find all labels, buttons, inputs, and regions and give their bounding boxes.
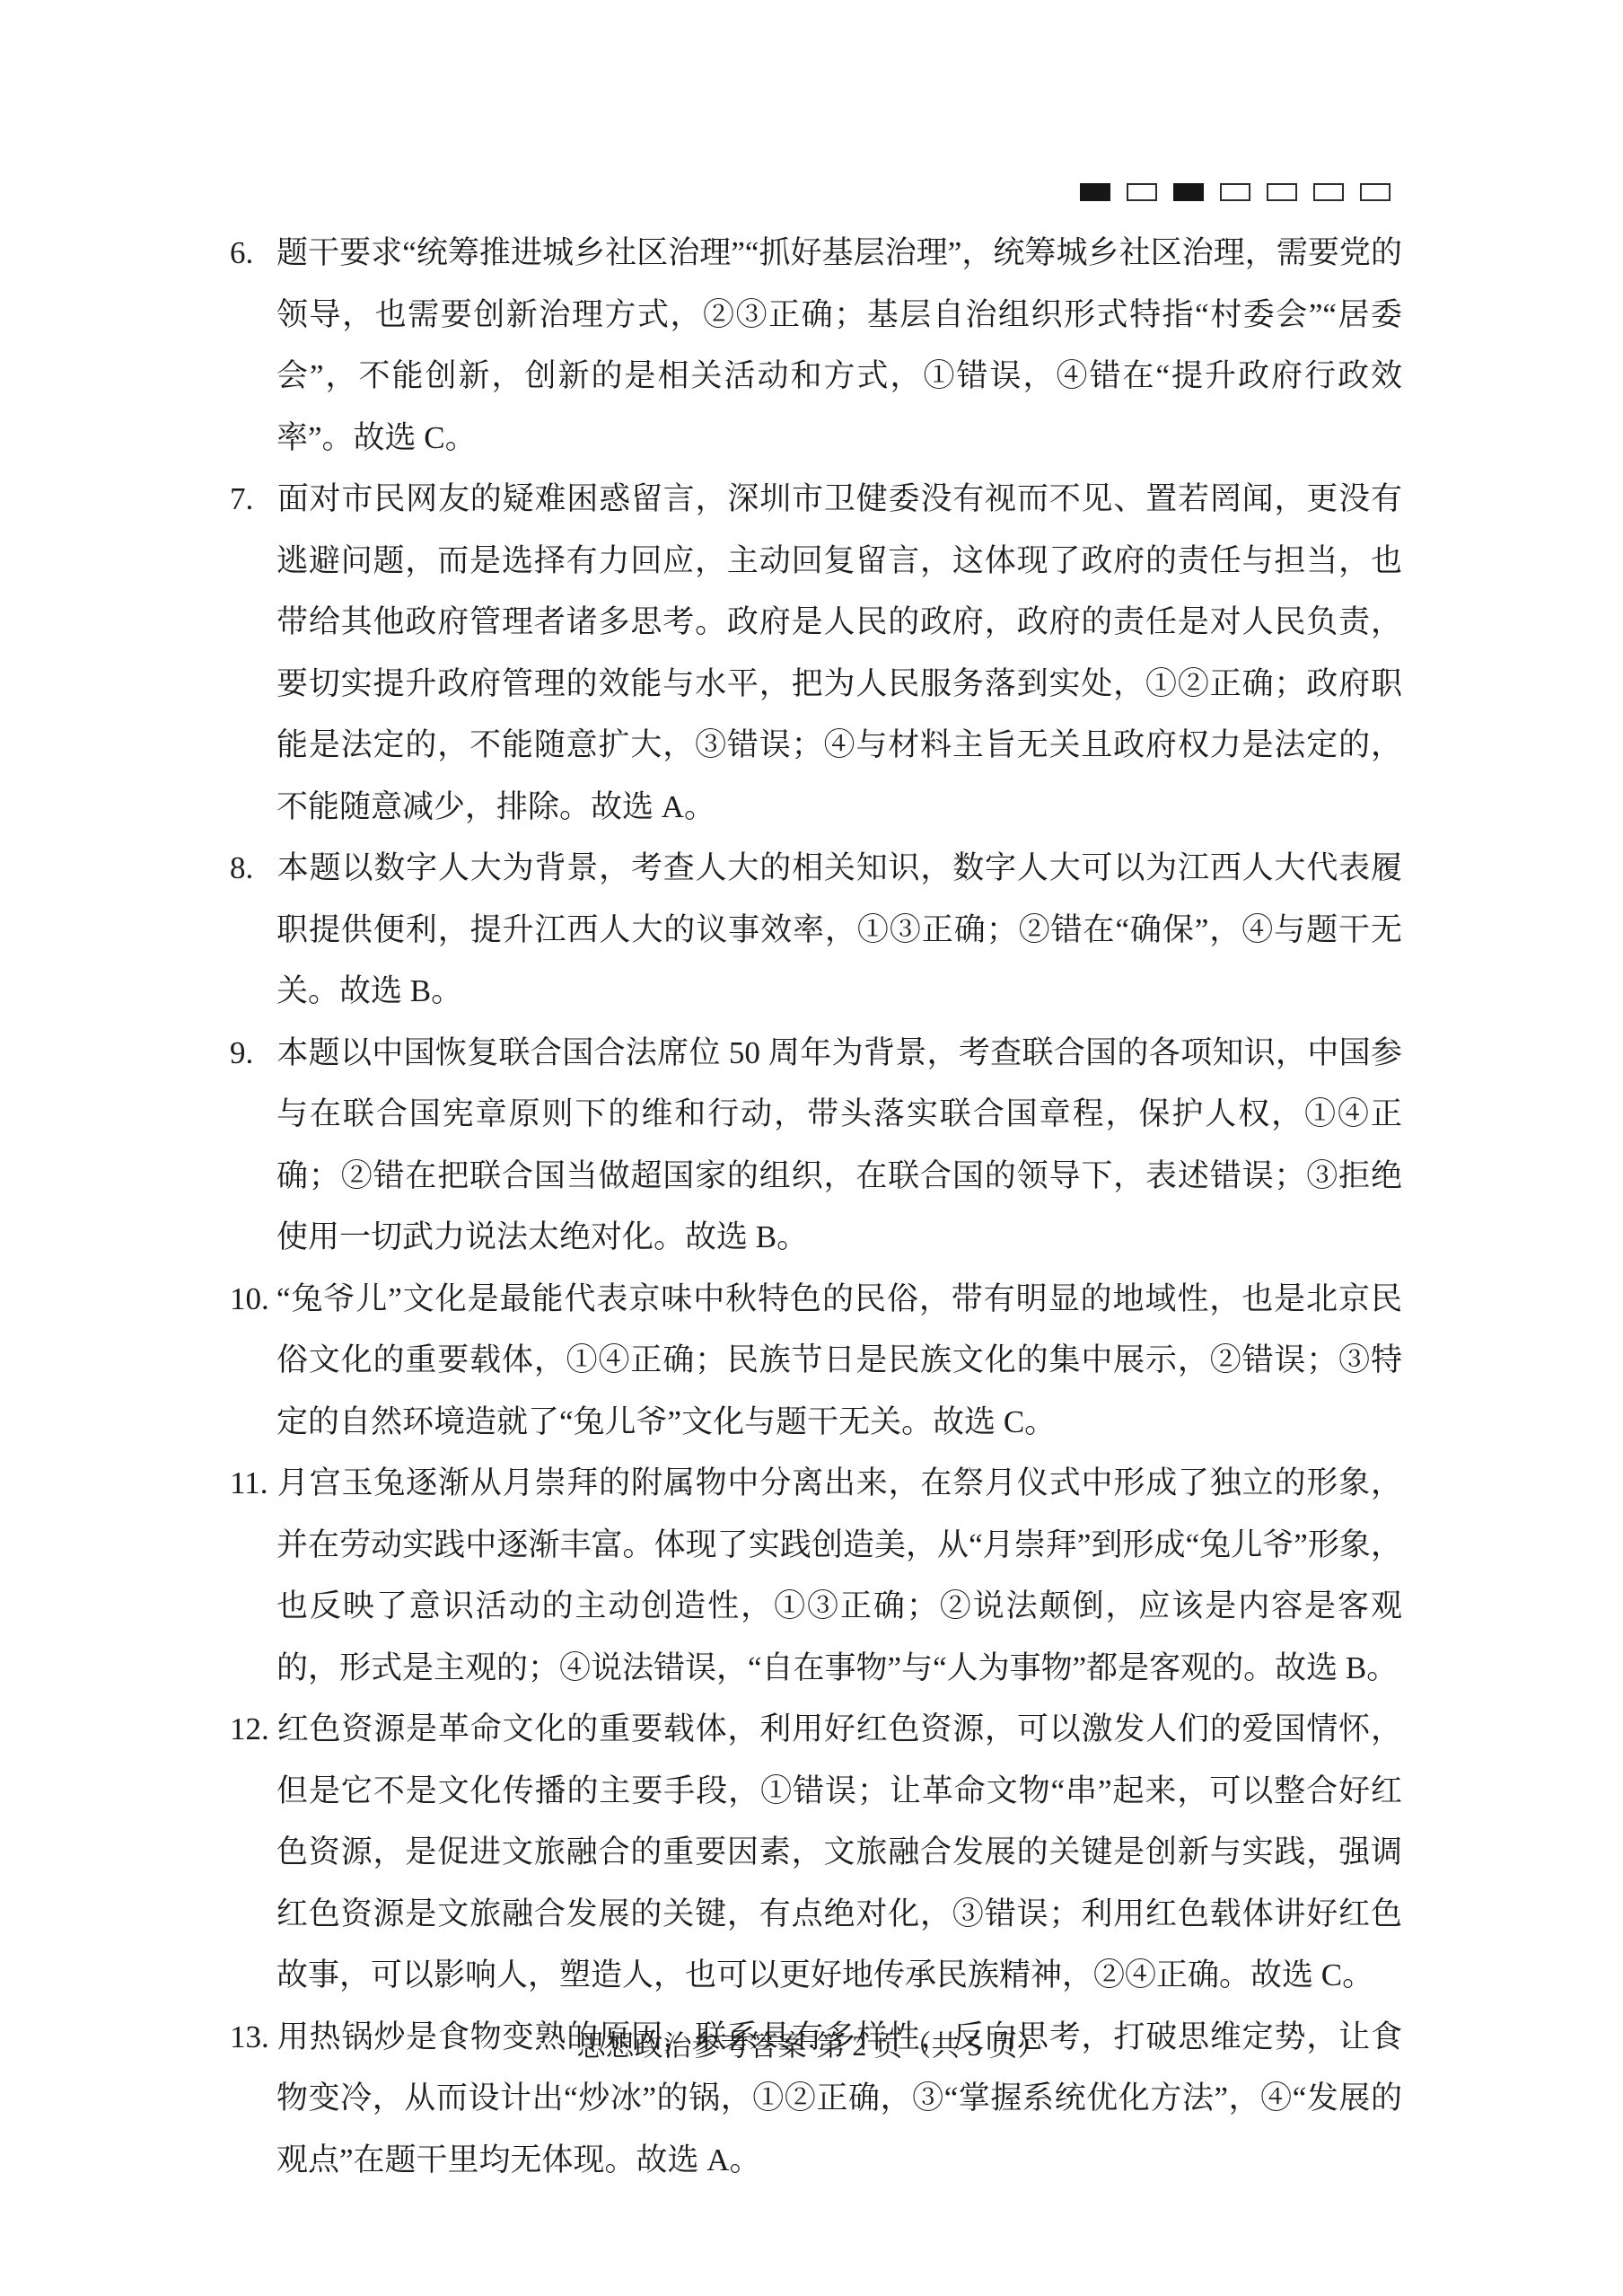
answer-item: 10.“兔爷儿”文化是最能代表京味中秋特色的民俗，带有明显的地域性，也是北京民俗… <box>230 1269 1402 1454</box>
item-text: 月宫玉兔逐渐从月崇拜的附属物中分离出来，在祭月仪式中形成了独立的形象，并在劳动实… <box>276 1465 1402 1685</box>
item-number: 10. <box>230 1269 276 1331</box>
answer-explanations: 6.题干要求“统筹推进城乡社区治理”“抓好基层治理”，统筹城乡社区治理，需要党的… <box>230 223 1402 2191</box>
answer-item: 11.月宫玉兔逐渐从月崇拜的附属物中分离出来，在祭月仪式中形成了独立的形象，并在… <box>230 1453 1402 1699</box>
page-footer: 思想政治参考答案·第 2 页（共 5 页） <box>0 2028 1623 2063</box>
answer-item: 6.题干要求“统筹推进城乡社区治理”“抓好基层治理”，统筹城乡社区治理，需要党的… <box>230 223 1402 469</box>
item-number: 7. <box>230 469 276 531</box>
answer-item: 9.本题以中国恢复联合国合法席位 50 周年为背景，考查联合国的各项知识，中国参… <box>230 1023 1402 1269</box>
answer-item: 7.面对市民网友的疑难困惑留言，深圳市卫健委没有视而不见、置若罔闻，更没有逃避问… <box>230 469 1402 838</box>
registration-mark <box>1173 183 1204 201</box>
answer-item: 8.本题以数字人大为背景，考查人大的相关知识，数字人大可以为江西人大代表履职提供… <box>230 838 1402 1023</box>
registration-mark <box>1127 183 1157 201</box>
answer-item: 12.红色资源是革命文化的重要载体，利用好红色资源，可以激发人们的爱国情怀，但是… <box>230 1699 1402 2007</box>
item-text: 面对市民网友的疑难困惑留言，深圳市卫健委没有视而不见、置若罔闻，更没有逃避问题，… <box>276 481 1402 824</box>
item-number: 6. <box>230 223 276 285</box>
item-number: 8. <box>230 838 276 900</box>
item-number: 12. <box>230 1699 276 1761</box>
item-text: 题干要求“统筹推进城乡社区治理”“抓好基层治理”，统筹城乡社区治理，需要党的领导… <box>276 235 1402 455</box>
item-text: 本题以数字人大为背景，考查人大的相关知识，数字人大可以为江西人大代表履职提供便利… <box>276 850 1402 1008</box>
item-text: 本题以中国恢复联合国合法席位 50 周年为背景，考查联合国的各项知识，中国参与在… <box>276 1035 1402 1255</box>
item-number: 9. <box>230 1023 276 1085</box>
registration-mark <box>1360 183 1391 201</box>
registration-mark <box>1313 183 1344 201</box>
item-text: 红色资源是革命文化的重要载体，利用好红色资源，可以激发人们的爱国情怀，但是它不是… <box>276 1711 1402 1993</box>
item-text: “兔爷儿”文化是最能代表京味中秋特色的民俗，带有明显的地域性，也是北京民俗文化的… <box>276 1281 1402 1439</box>
registration-mark <box>1267 183 1297 201</box>
registration-marks <box>1080 183 1391 201</box>
item-number: 11. <box>230 1453 276 1515</box>
registration-mark <box>1080 183 1110 201</box>
registration-mark <box>1220 183 1250 201</box>
